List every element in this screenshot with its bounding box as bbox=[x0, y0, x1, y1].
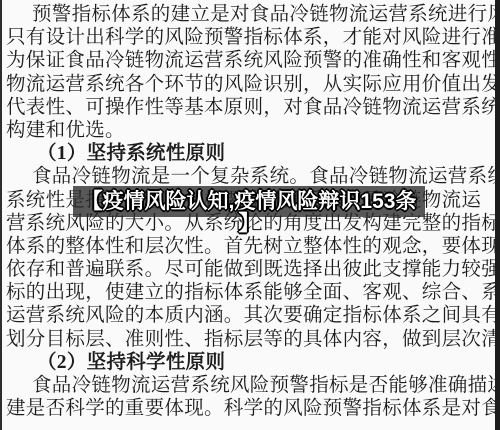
text-line: 物流运营系统各个环节的风险识别，从实际应用价值出发，坚持系统性、科学性、 bbox=[6, 73, 489, 96]
caption-overlay-text: 【疫情风险认知,疫情风险辩识153条 bbox=[82, 191, 417, 212]
text-line: 标的出现，使建立的指标体系能够全面、客观、综合、系统地反映食品冷链物流 bbox=[6, 281, 489, 304]
text-line: 依存和普遍联系。尽可能做到既选择出彼此支撑能力较强的指标，又避免重复指 bbox=[6, 258, 489, 281]
text-line: 食品冷链物流运营系统风险预警指标是否能够准确描述风险因素，是指标构 bbox=[6, 374, 489, 397]
text-line: 建是否科学的重要体现。科学的风险预警指标体系是对食品冷链物流运营系统风 bbox=[6, 397, 489, 420]
text-line: 预警指标体系的建立是对食品冷链物流运营系统进行风险预警的准备工作， bbox=[6, 3, 489, 26]
text-line: 为保证食品冷链物流运营系统风险预警的准确性和客观性，本文基于对食品冷链 bbox=[6, 49, 489, 72]
text-line: 划分目标层、准则性、指标层等的具体内容，做到层次清晰、不交叉、不混淆。 bbox=[6, 328, 489, 351]
text-line: 代表性、可操作性等基本原则，对食品冷链物流运营系统风险预警指标体系进行 bbox=[6, 96, 489, 119]
text-line: 体系的整体性和层次性。首先树立整体性的观念，要体现出各个指标之间的相互 bbox=[6, 235, 489, 258]
text-line: 只有设计出科学的风险预警指标体系，才能对风险进行准确、客观的预警[134]。 bbox=[6, 26, 489, 49]
section-heading: （2）坚持科学性原则 bbox=[6, 351, 489, 374]
section-heading: （1）坚持系统性原则 bbox=[6, 142, 489, 165]
page-left-edge-shadow bbox=[0, 0, 2, 430]
text-line: 运营系统风险的本质内涵。其次要确定指标体系之间具有鲜明的层次性，要明确 bbox=[6, 304, 489, 327]
text-line: 构建和优选。 bbox=[6, 119, 489, 142]
caption-overlay-tail: 】 bbox=[73, 210, 425, 234]
caption-closing-bracket: 】 bbox=[239, 212, 260, 235]
page-right-edge-shadow bbox=[495, 0, 500, 430]
scanned-document-page: 预警指标体系的建立是对食品冷链物流运营系统进行风险预警的准备工作，只有设计出科学… bbox=[0, 0, 500, 430]
